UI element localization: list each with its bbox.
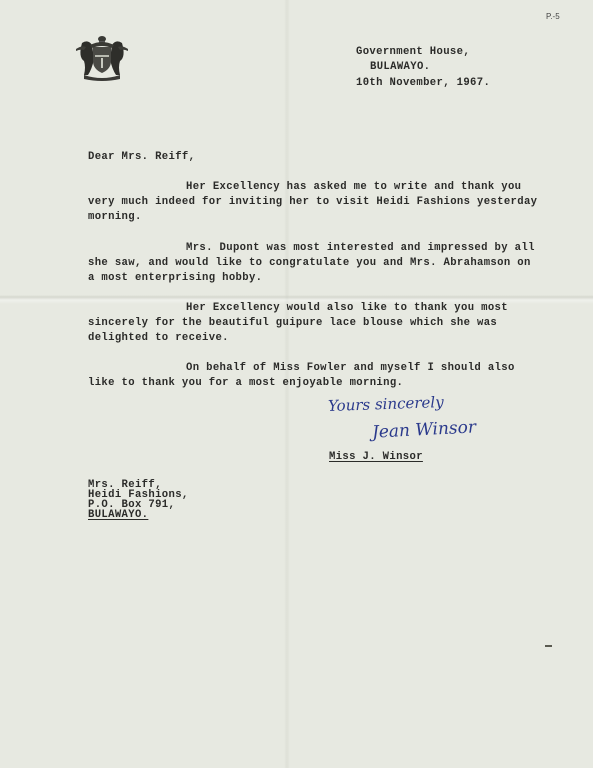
paragraph-3-line-1: Her Excellency would also like to thank … <box>186 301 508 316</box>
paragraph-4-line-1: On behalf of Miss Fowler and myself I sh… <box>186 361 515 376</box>
letter-date: 10th November, 1967. <box>356 76 490 91</box>
ink-mark <box>545 645 552 647</box>
typed-signatory-name: Miss J. Winsor <box>329 450 423 465</box>
sender-address-line1: Government House, <box>356 45 470 60</box>
paragraph-3-line-2: sincerely for the beautiful guipure lace… <box>88 316 497 331</box>
coat-of-arms-icon <box>72 33 132 81</box>
paragraph-4-line-2: like to thank you for a most enjoyable m… <box>88 376 403 391</box>
paragraph-1-line-2: very much indeed for inviting her to vis… <box>88 195 537 210</box>
salutation: Dear Mrs. Reiff, <box>88 150 195 165</box>
paragraph-2-line-1: Mrs. Dupont was most interested and impr… <box>186 241 535 256</box>
paragraph-3-line-3: delighted to receive. <box>88 331 229 346</box>
page-number: P.-5 <box>546 12 560 21</box>
sender-address-line2: BULAWAYO. <box>370 60 430 75</box>
paragraph-1-line-3: morning. <box>88 210 142 225</box>
paragraph-1-line-1: Her Excellency has asked me to write and… <box>186 180 521 195</box>
paragraph-2-line-3: a most enterprising hobby. <box>88 271 262 286</box>
recipient-line-4: BULAWAYO. <box>88 510 148 520</box>
paragraph-2-line-2: she saw, and would like to congratulate … <box>88 256 531 271</box>
